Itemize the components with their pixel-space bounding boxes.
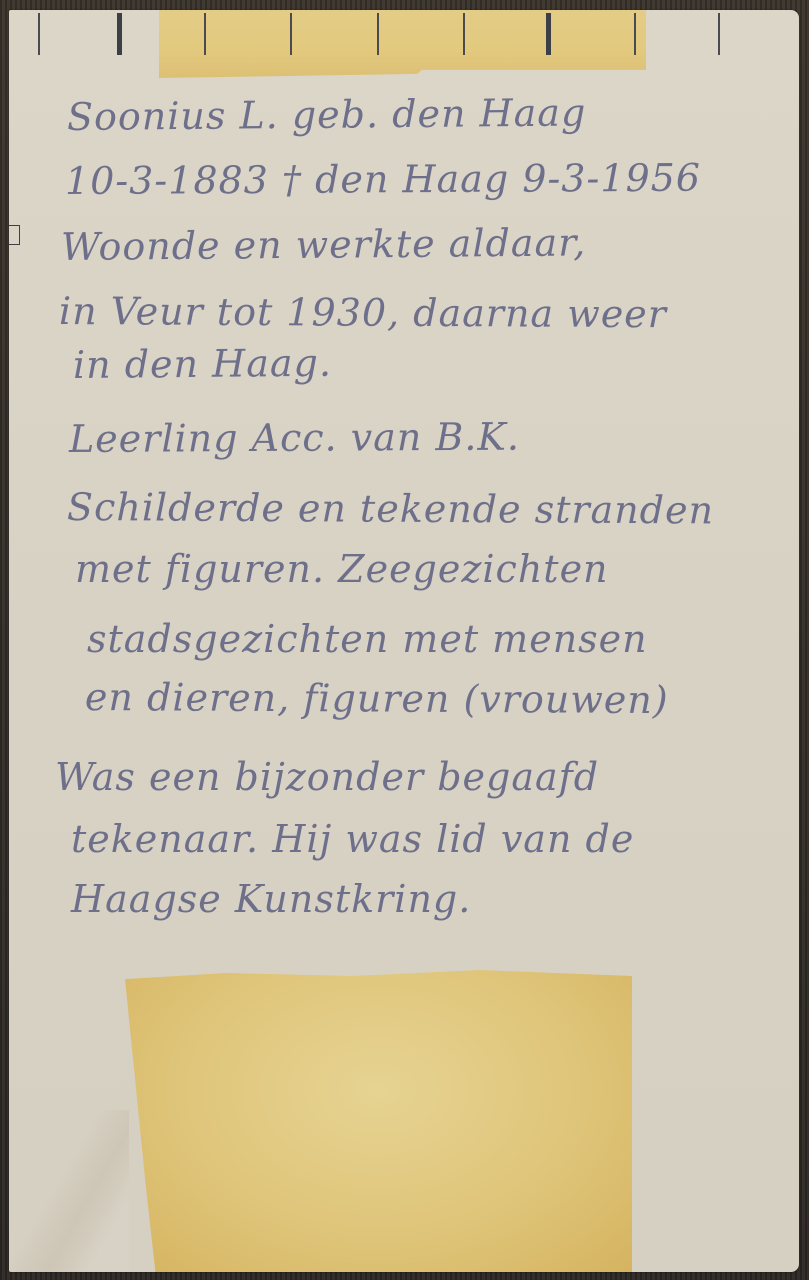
- handwritten-line-6: Leerling Acc. van B.K.: [69, 418, 520, 458]
- ruler-tick: [204, 13, 206, 55]
- handwritten-line-10: en dieren, figuren (vrouwen): [85, 678, 669, 719]
- handwritten-line-5: in den Haag.: [73, 344, 332, 384]
- handwritten-line-3: Woonde en werkte aldaar,: [61, 223, 587, 266]
- ruler-tick: [377, 13, 379, 55]
- handwritten-line-9: stadsgezichten met mensen: [87, 620, 648, 658]
- tape-strip-bottom: [125, 970, 632, 1272]
- tape-strip-top: [159, 10, 646, 78]
- ruler-tick: [38, 13, 40, 55]
- ruler-tick: [290, 13, 292, 55]
- handwritten-line-2: 10-3-1883 † den Haag 9-3-1956: [65, 159, 701, 200]
- ruler-tick: [546, 13, 551, 55]
- handwritten-line-7: Schilderde en tekende stranden: [67, 488, 714, 529]
- handwritten-line-11: Was een bijzonder begaafd: [55, 758, 599, 796]
- handwritten-line-4: in Veur tot 1930, daarna weer: [59, 292, 667, 333]
- ruler-tick: [463, 13, 465, 55]
- paper-crease: [9, 1110, 129, 1272]
- ruler-tick: [117, 13, 122, 55]
- handwritten-line-1: Soonius L. geb. den Haag: [67, 93, 587, 136]
- ruler-tick: [634, 13, 636, 55]
- edge-notch-mark: [9, 225, 20, 245]
- ruler-tick: [718, 13, 720, 55]
- handwritten-line-12: tekenaar. Hij was lid van de: [71, 820, 634, 858]
- handwritten-line-13: Haagse Kunstkring.: [71, 880, 471, 918]
- paper-card: Soonius L. geb. den Haag 10-3-1883 † den…: [9, 10, 799, 1272]
- handwritten-line-8: met figuren. Zeegezichten: [75, 550, 609, 588]
